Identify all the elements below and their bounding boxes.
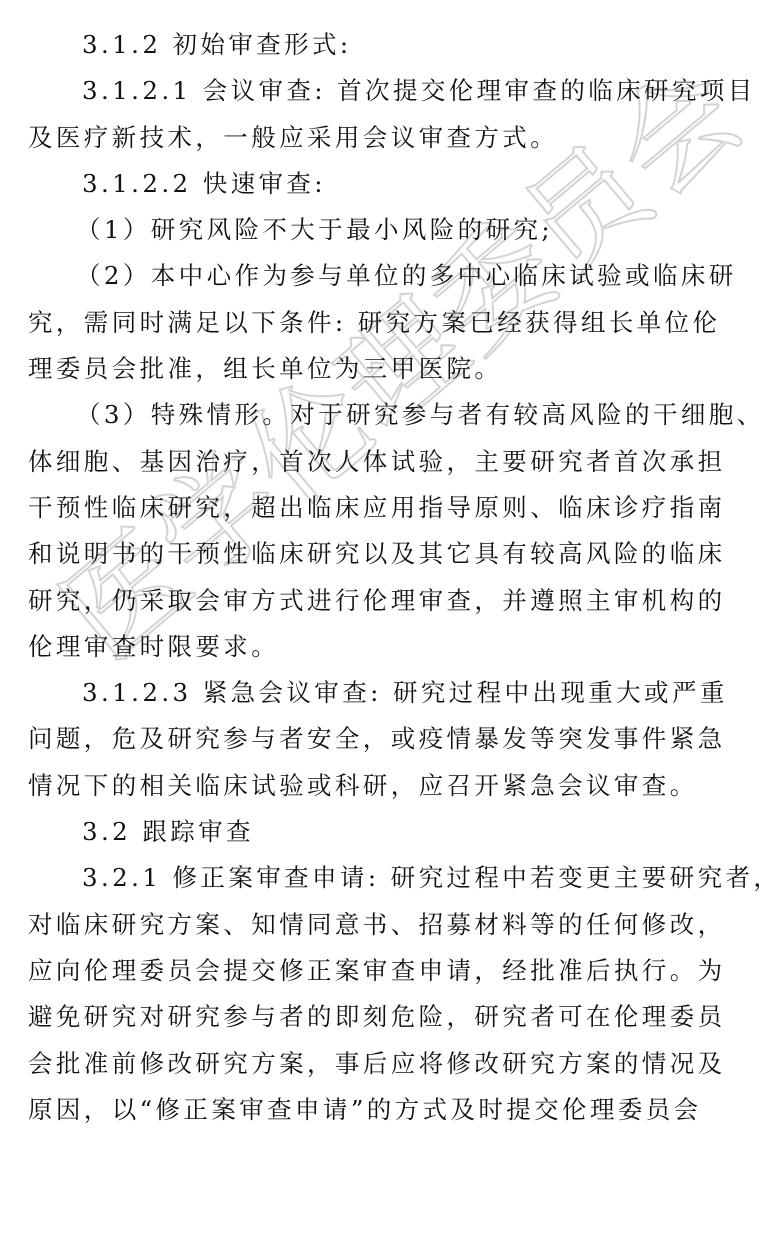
heading-3-1-2: 3.1.2 初始审查形式:: [28, 22, 728, 68]
paragraph-line: 对临床研究方案、知情同意书、招募材料等的任何修改，: [28, 902, 728, 948]
list-item-2: （2）本中心作为参与单位的多中心临床试验或临床研: [28, 253, 728, 299]
heading-3-1-2-2: 3.1.2.2 快速审查:: [28, 161, 728, 207]
paragraph-line: 及医疗新技术，一般应采用会议审查方式。: [28, 115, 728, 161]
list-item-3: （3）特殊情形。对于研究参与者有较高风险的干细胞、: [28, 392, 728, 438]
heading-3-2-1: 3.2.1 修正案审查申请: 研究过程中若变更主要研究者，: [28, 855, 728, 901]
paragraph-line: 研究，仍采取会审方式进行伦理审查，并遵照主审机构的: [28, 578, 728, 624]
paragraph-line: 情况下的相关临床试验或科研，应召开紧急会议审查。: [28, 763, 728, 809]
paragraph-line: 原因，以“修正案审查申请”的方式及时提交伦理委员会: [28, 1087, 728, 1133]
paragraph-line: 究，需同时满足以下条件: 研究方案已经获得组长单位伦: [28, 300, 728, 346]
paragraph-line: 伦理审查时限要求。: [28, 624, 728, 670]
heading-3-1-2-3: 3.1.2.3 紧急会议审查: 研究过程中出现重大或严重: [28, 670, 728, 716]
paragraph-line: 3.1.2.1 会议审查: 首次提交伦理审查的临床研究项目: [28, 68, 728, 114]
paragraph-line: 会批准前修改研究方案，事后应将修改研究方案的情况及: [28, 1041, 728, 1087]
paragraph-line: 理委员会批准，组长单位为三甲医院。: [28, 346, 728, 392]
paragraph-line: 体细胞、基因治疗，首次人体试验，主要研究者首次承担: [28, 439, 728, 485]
paragraph-line: 干预性临床研究，超出临床应用指导原则、临床诊疗指南: [28, 485, 728, 531]
document-page: 医学伦理委员会 3.1.2 初始审查形式: 3.1.2.1 会议审查: 首次提交…: [0, 0, 772, 1235]
heading-3-2: 3.2 跟踪审查: [28, 809, 728, 855]
paragraph-line: 问题，危及研究参与者安全，或疫情暴发等突发事件紧急: [28, 716, 728, 762]
document-body: 3.1.2 初始审查形式: 3.1.2.1 会议审查: 首次提交伦理审查的临床研…: [28, 22, 728, 1133]
paragraph-line: 避免研究对研究参与者的即刻危险，研究者可在伦理委员: [28, 994, 728, 1040]
paragraph-line: 应向伦理委员会提交修正案审查申请，经批准后执行。为: [28, 948, 728, 994]
list-item-1: （1）研究风险不大于最小风险的研究;: [28, 207, 728, 253]
paragraph-line: 和说明书的干预性临床研究以及其它具有较高风险的临床: [28, 531, 728, 577]
